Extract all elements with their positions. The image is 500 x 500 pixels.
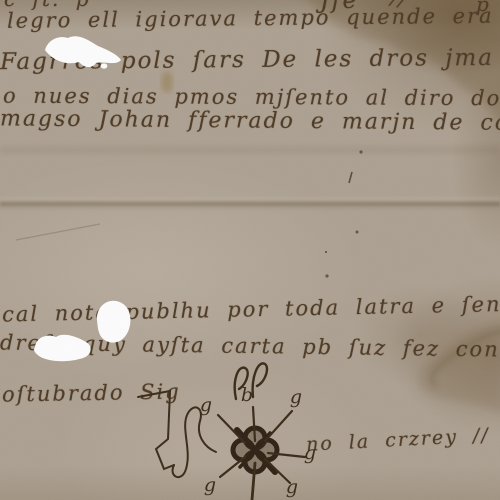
sign-letter: g bbox=[286, 476, 298, 498]
sign-zigzag-line bbox=[138, 391, 174, 469]
manuscript-line: cal note publhu por toda latra e ſenye bbox=[2, 291, 500, 326]
sign-letter: g bbox=[200, 394, 212, 416]
sign-loop-flourish bbox=[173, 407, 216, 477]
manuscript-photo: c ſt. p Jſe // p legro ell igiorava temp… bbox=[0, 0, 500, 500]
bottom-right-stain bbox=[418, 320, 500, 414]
sign-letter: g bbox=[304, 442, 316, 464]
fold-crease bbox=[0, 195, 500, 211]
faint-crease bbox=[0, 144, 500, 156]
manuscript-line: Fagrros pols ſars De les dros jma bbox=[0, 45, 494, 75]
scratch-mark bbox=[16, 224, 100, 240]
manuscript-line: legro ell igiorava tempo quende era pl bbox=[7, 3, 500, 33]
ink-specks bbox=[325, 150, 363, 277]
manuscript-line: magso Johan fferrado e marjn de conejas … bbox=[0, 106, 500, 136]
sign-letter: g bbox=[290, 386, 302, 408]
sign-letter: b bbox=[241, 384, 253, 406]
notarial-sign: b g g g g g bbox=[110, 355, 360, 500]
sign-letter: g bbox=[204, 474, 216, 496]
